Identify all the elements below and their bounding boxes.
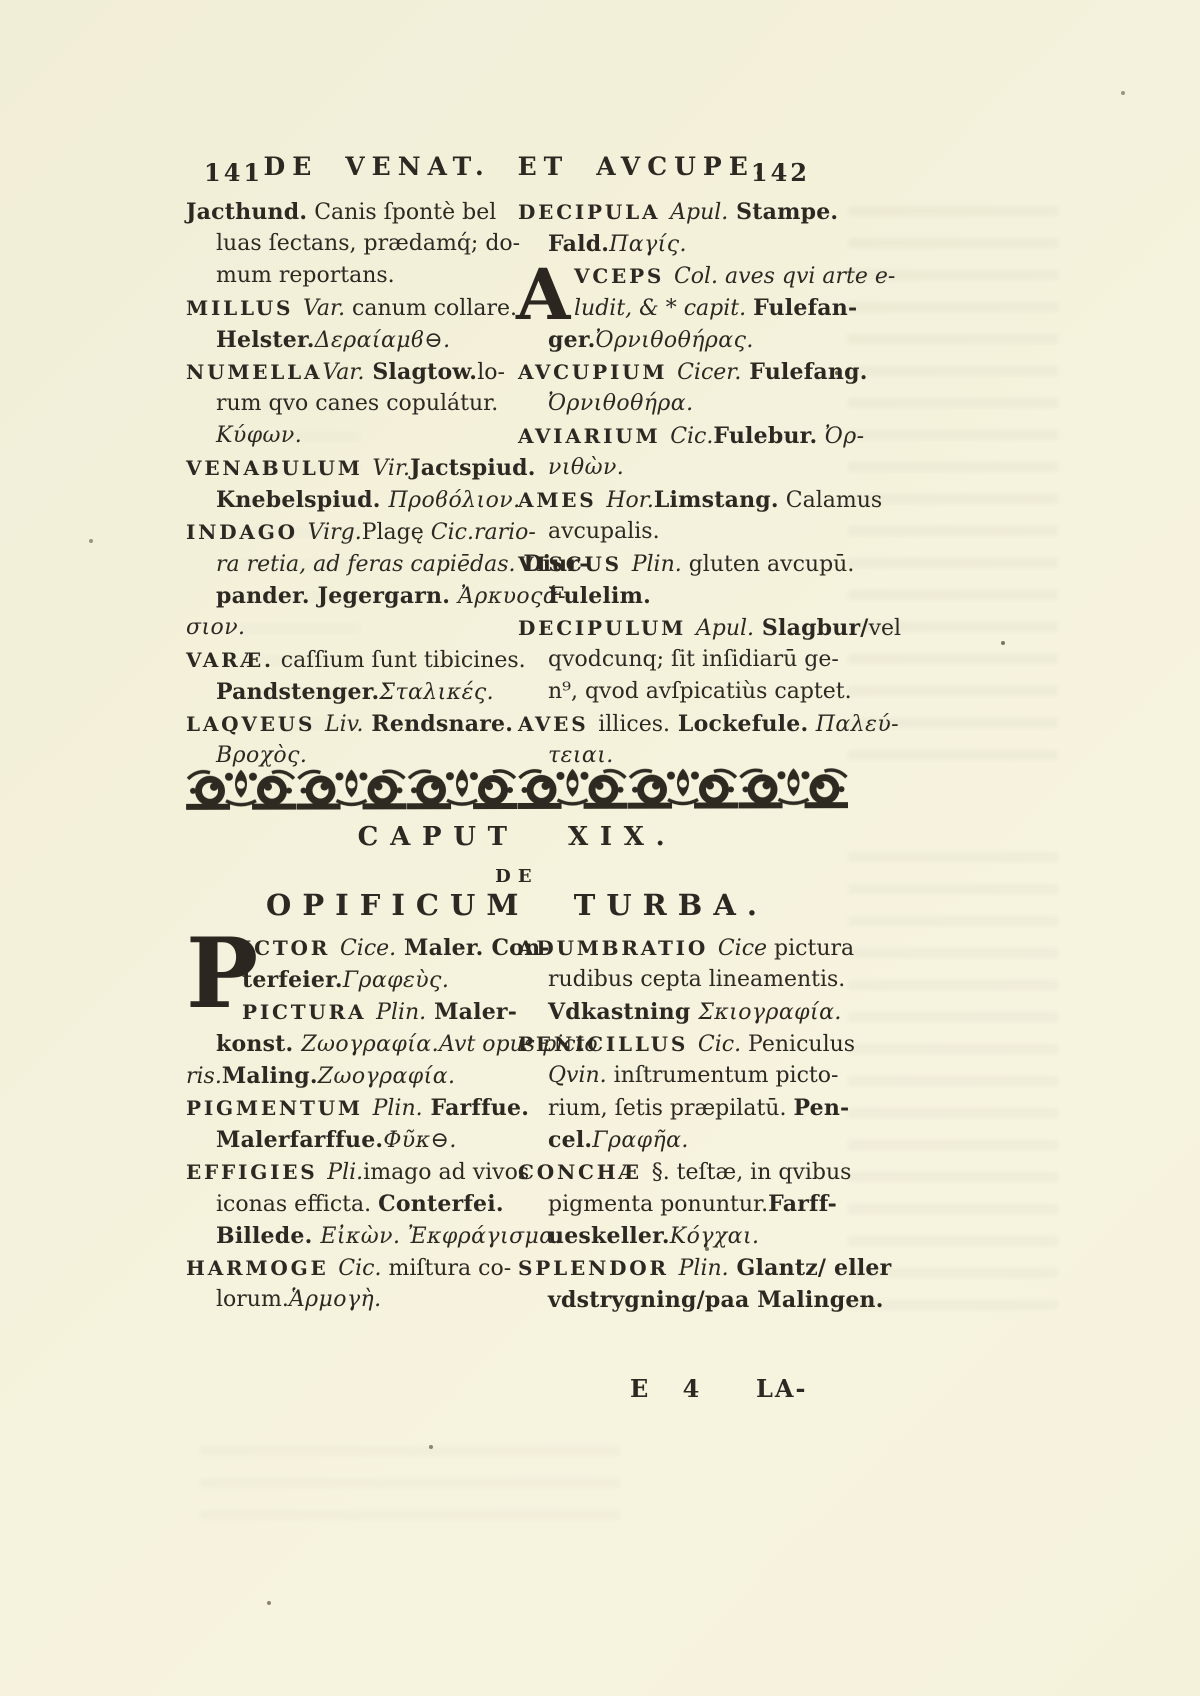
text-segment-rom: miſtura co- xyxy=(381,1256,511,1281)
text-segment-rom: pictura xyxy=(767,936,854,961)
text-segment-ital: Apul. xyxy=(696,616,754,641)
entry-line: rum qvo canes copulátur. xyxy=(186,388,516,420)
entry-line: rudibus cepta lineamentis. xyxy=(518,964,848,996)
text-segment-lemma: PENICILLUS xyxy=(518,1032,698,1056)
text-segment-rom: Calamus xyxy=(779,488,882,513)
text-segment-lemma: PICTURA xyxy=(242,1000,376,1024)
entry-line: DECIPULA Apul. Stampe. xyxy=(518,196,848,228)
text-segment-frak: Slagbur/ xyxy=(754,615,869,641)
text-segment-frak: Jacthund. xyxy=(186,199,307,225)
dictionary-entry: DECIPULUM Apul. Slagbur/velqvodcunq; ſit… xyxy=(518,612,848,708)
entry-line: LAQVEUS Liv. Rendsnare. xyxy=(186,708,516,740)
entry-line: MILLUS Var. canum collare. xyxy=(186,292,516,324)
entry-line: ra retia, ad feras capiēdas. Diur- xyxy=(186,548,516,580)
text-segment-ital: Cic. xyxy=(431,520,474,545)
text-segment-greek: Σταλικές. xyxy=(379,680,494,705)
text-segment-greek: Φῦκ⊖. xyxy=(383,1128,456,1153)
text-segment-greek: Παγίς. xyxy=(609,232,687,257)
text-segment-rom: Plagę xyxy=(362,520,431,545)
text-segment-lemma: AVCUPIUM xyxy=(518,360,677,384)
entry-line: lorum.Ἁρμογὴ. xyxy=(186,1284,516,1316)
text-segment-ital: Cic. xyxy=(338,1256,381,1281)
text-segment-greek: Ἁρμογὴ. xyxy=(289,1287,382,1312)
text-segment-greek: Προϐόλιον. xyxy=(389,488,521,513)
text-segment-rom: rudibus cepta lineamentis. xyxy=(548,967,845,992)
text-segment-greek: τειαι. xyxy=(548,743,614,768)
text-segment-rom: vel xyxy=(869,616,901,641)
text-segment-lemma: VCEPS xyxy=(574,264,674,288)
dictionary-column-left: Jacthund. Canis ſpontè belluas ſectans, … xyxy=(186,196,516,772)
entry-line: σιον. xyxy=(186,612,516,644)
text-segment-frak: Farffue. xyxy=(423,1095,529,1121)
entry-line: mum reportans. xyxy=(186,260,516,292)
text-segment-rom: avcupalis. xyxy=(548,519,660,544)
entry-line: PICTURA Plin. Maler- xyxy=(186,996,516,1028)
text-segment-greek: Παλεύ- xyxy=(808,712,899,737)
entry-line: SPLENDOR Plin. Glantz/ eller xyxy=(518,1252,848,1284)
text-segment-greek: Βροχὸς. xyxy=(216,743,307,768)
text-segment-frak: Malerfarffue. xyxy=(216,1127,383,1153)
text-segment-frak: Maling. xyxy=(222,1063,318,1089)
dictionary-entry: HARMOGE Cic. miſtura co-lorum.Ἁρμογὴ. xyxy=(186,1252,516,1316)
text-segment-rom: illices. xyxy=(598,712,670,737)
text-segment-ital: Plin. xyxy=(632,552,682,577)
text-segment-lemma: MILLUS xyxy=(186,296,303,320)
dictionary-entry: MILLUS Var. canum collare.Helster.Δεραία… xyxy=(186,292,516,356)
dictionary-entry: LAQVEUS Liv. Rendsnare.Βροχὸς. xyxy=(186,708,516,772)
signature-mark: E 4 xyxy=(630,1374,699,1403)
text-segment-frak: Farff- xyxy=(768,1191,837,1217)
ornament-band xyxy=(186,765,848,813)
text-segment-lemma: AVES xyxy=(518,712,598,736)
text-segment-greek: Ὀρνιθοθήρα. xyxy=(548,391,694,416)
text-segment-ital: Cic. xyxy=(698,1032,741,1057)
entry-line: Qvin. inſtrumentum picto- xyxy=(518,1060,848,1092)
dictionary-entry: PIGMENTUM Plin. Farffue.Malerfarffue.Φῦκ… xyxy=(186,1092,516,1156)
text-segment-frak: cel. xyxy=(548,1127,592,1153)
text-segment-lemma: DECIPULUM xyxy=(518,616,696,640)
text-segment-rom: §. teſtæ, in qvibus xyxy=(652,1160,852,1185)
text-segment-frak: Knebelspiud. xyxy=(216,487,389,513)
text-segment-lemma: VISCUS xyxy=(518,552,632,576)
dictionary-entry: VENABULUM Vir.Jactspiud.Knebelspiud. Προ… xyxy=(186,452,516,516)
text-segment-ital: Plin. xyxy=(679,1256,729,1281)
text-segment-rom: inſtrumentum picto- xyxy=(607,1063,839,1088)
entry-line: Knebelspiud. Προϐόλιον. xyxy=(186,484,516,516)
entry-line: Vdkastning Σκιογραφία. xyxy=(518,996,848,1028)
entry-line: cel.Γραφῆα. xyxy=(518,1124,848,1156)
bleedthrough-smudge xyxy=(848,840,1058,1310)
text-segment-rom: lorum. xyxy=(216,1287,289,1312)
chapter-de: DE xyxy=(186,866,848,887)
text-segment-rom: Peniculus xyxy=(741,1032,855,1057)
text-segment-ital: ra retia, ad feras capiēdas. xyxy=(216,552,515,577)
floral-woodcut-band-icon xyxy=(186,765,848,813)
chapter-number: CAPUT XIX. xyxy=(186,822,848,852)
entry-line: avcupalis. xyxy=(518,516,848,548)
entry-line: pigmenta ponuntur.Farff- xyxy=(518,1188,848,1220)
text-segment-frak: Fulelim. xyxy=(548,583,651,609)
text-segment-rom: imago ad vivos xyxy=(363,1160,529,1185)
section-venatus: Jacthund. Canis ſpontè belluas ſectans, … xyxy=(186,196,848,772)
dictionary-entry: INDAGO Virg.Plagę Cic.rario-ra retia, ad… xyxy=(186,516,516,644)
text-segment-greek: νιθὼν. xyxy=(548,455,624,480)
text-segment-frak: Slagtow. xyxy=(364,359,477,385)
dictionary-entry: PICTURA Plin. Maler-konst. Ζωογραφία.Avt… xyxy=(186,996,516,1092)
text-segment-rom: qvodcunq; ſit inſidiarū ge- xyxy=(548,647,839,672)
text-segment-lemma: AMES xyxy=(518,488,606,512)
text-segment-ital: Plin. xyxy=(373,1096,423,1121)
dictionary-entry: VARÆ. caſſium ſunt tibicines.Pandstenger… xyxy=(186,644,516,708)
entry-line: Helster.Δεραίαμϐ⊖. xyxy=(186,324,516,356)
entry-line: pander. Jegergarn. Ἀρκυοςά- xyxy=(186,580,516,612)
entry-line: VISCUS Plin. gluten avcupū. xyxy=(518,548,848,580)
text-segment-frak: Pandstenger. xyxy=(216,679,379,705)
entry-line: Κύφων. xyxy=(186,420,516,452)
chapter-title: OPIFICUM TURBA. xyxy=(186,888,848,922)
catchword: LA- xyxy=(756,1374,807,1403)
paper-speckles xyxy=(0,0,2,2)
dictionary-entry: PENICILLUS Cic. PeniculusQvin. inſtrumen… xyxy=(518,1028,848,1156)
dictionary-entry: AVCUPIUM Cicer. Fulefang.Ὀρνιθοθήρα. xyxy=(518,356,848,420)
text-segment-ital: ludit, & * capit. xyxy=(574,296,753,321)
text-segment-frak: Fulebur. xyxy=(713,423,817,449)
text-segment-ital: Virg. xyxy=(308,520,362,545)
text-segment-ital: Apul. xyxy=(670,200,728,225)
dictionary-column-right: ADUMBRATIO Cice picturarudibus cepta lin… xyxy=(518,932,848,1316)
text-segment-lemma: INDAGO xyxy=(186,520,308,544)
text-segment-rom: luas ſectans, prædamq́; do- xyxy=(216,231,520,256)
dictionary-entry: ADUMBRATIO Cice picturarudibus cepta lin… xyxy=(518,932,848,1028)
text-segment-ital: Plin. xyxy=(376,1000,426,1025)
entry-line: rium, ſetis præpilatū. Pen- xyxy=(518,1092,848,1124)
entry-line: VENABULUM Vir.Jactspiud. xyxy=(186,452,516,484)
page-number-right: 142 xyxy=(751,158,810,187)
text-segment-lemma: EFFIGIES xyxy=(186,1160,327,1184)
text-segment-frak: Fulefang. xyxy=(741,359,867,385)
entry-line: luas ſectans, prædamq́; do- xyxy=(186,228,516,260)
entry-line: PENICILLUS Cic. Peniculus xyxy=(518,1028,848,1060)
dictionary-entry: AVES illices. Lockefule. Παλεύ-τειαι. xyxy=(518,708,848,772)
entry-line: Pandstenger.Σταλικές. xyxy=(186,676,516,708)
text-segment-frak: vdstrygning/paa Malingen. xyxy=(548,1287,884,1313)
entry-line: ADUMBRATIO Cice pictura xyxy=(518,932,848,964)
text-segment-ital: Var. xyxy=(322,360,364,385)
text-segment-ital: Hor. xyxy=(606,488,654,513)
text-segment-lemma: NUMELLA xyxy=(186,360,322,384)
text-segment-rom: n⁹, qvod avſpicatiùs captet. xyxy=(548,679,852,704)
text-segment-greek: Σκιογραφία. xyxy=(698,1000,842,1025)
text-segment-rom: mum reportans. xyxy=(216,263,395,288)
entry-line: CONCHÆ §. teſtæ, in qvibus xyxy=(518,1156,848,1188)
text-segment-lemma: VENABULUM xyxy=(186,456,372,480)
text-segment-greek: σιον. xyxy=(186,615,245,640)
text-segment-greek: Ζωογραφία. xyxy=(301,1032,439,1057)
entry-line: AVIARIUM Cic.Fulebur. Ὀρ- xyxy=(518,420,848,452)
text-segment-greek: Ὀρνιθοθήρας. xyxy=(596,328,754,353)
dictionary-entry: NUMELLAVar. Slagtow.lo-rum qvo canes cop… xyxy=(186,356,516,452)
entry-line: Billede. Εἰκὼν. Ἐκφράγισμα. xyxy=(186,1220,516,1252)
text-segment-frak: ueskeller. xyxy=(548,1223,670,1249)
text-segment-ital: Col. aves qvi arte e- xyxy=(674,264,895,289)
text-segment-frak: konst. xyxy=(216,1031,301,1057)
dictionary-entry: SPLENDOR Plin. Glantz/ ellervdstrygning/… xyxy=(518,1252,848,1316)
dictionary-entry: Jacthund. Canis ſpontè belluas ſectans, … xyxy=(186,196,516,292)
text-segment-lemma: ADUMBRATIO xyxy=(518,936,718,960)
text-segment-rom: lo- xyxy=(477,360,505,385)
entry-line: n⁹, qvod avſpicatiùs captet. xyxy=(518,676,848,708)
text-segment-frak: Jactspiud. xyxy=(410,455,536,481)
text-segment-lemma: LAQVEUS xyxy=(186,712,325,736)
text-segment-lemma: SPLENDOR xyxy=(518,1256,679,1280)
text-segment-lemma: VARÆ. xyxy=(186,648,274,672)
text-segment-frak: Rendsnare. xyxy=(363,711,513,737)
text-segment-rom: canum collare. xyxy=(345,296,517,321)
entry-line: HARMOGE Cic. miſtura co- xyxy=(186,1252,516,1284)
text-segment-rom: rum qvo canes copulátur. xyxy=(216,391,498,416)
text-segment-frak: Conterfei. xyxy=(378,1191,504,1217)
text-segment-greek: Ζωογραφία. xyxy=(318,1064,456,1089)
text-segment-rom: Canis ſpontè bel xyxy=(307,200,496,225)
text-segment-frak: pander. Jegergarn. xyxy=(216,583,458,609)
entry-line: Ὀρνιθοθήρα. xyxy=(518,388,848,420)
text-segment-greek: Γραφεὺς. xyxy=(343,968,449,993)
text-segment-ital: Cic. xyxy=(670,424,713,449)
dictionary-entry: PICTOR Cice. Maler. Con-terfeier.Γραφεὺς… xyxy=(186,932,516,996)
text-segment-ital: Qvin. xyxy=(548,1063,607,1088)
entry-line: EFFIGIES Pli.imago ad vivos xyxy=(186,1156,516,1188)
dictionary-entry: CONCHÆ §. teſtæ, in qvibuspigmenta ponun… xyxy=(518,1156,848,1252)
text-segment-greek: Κόγχαι. xyxy=(670,1224,760,1249)
entry-line: DECIPULUM Apul. Slagbur/vel xyxy=(518,612,848,644)
text-segment-rom: pigmenta ponuntur. xyxy=(548,1192,768,1217)
page-footer: E 4 LA- xyxy=(186,1374,848,1410)
section-opificum: PICTOR Cice. Maler. Con-terfeier.Γραφεὺς… xyxy=(186,932,848,1316)
text-segment-lemma: HARMOGE xyxy=(186,1256,338,1280)
dictionary-column-left: PICTOR Cice. Maler. Con-terfeier.Γραφεὺς… xyxy=(186,932,516,1316)
text-segment-lemma: DECIPULA xyxy=(518,200,670,224)
dictionary-entry: AVCEPS Col. aves qvi arte e-ludit, & * c… xyxy=(518,260,848,356)
text-segment-rom: rium, ſetis præpilatū. xyxy=(548,1096,793,1121)
dictionary-entry: DECIPULA Apul. Stampe.Fald.Παγίς. xyxy=(518,196,848,260)
text-segment-frak: Billede. xyxy=(216,1223,320,1249)
entry-line: iconas efficta. Conterfei. xyxy=(186,1188,516,1220)
entry-line: ris.Maling.Ζωογραφία. xyxy=(186,1060,516,1092)
text-segment-ital: ris. xyxy=(186,1064,222,1089)
text-segment-frak: Fulefan- xyxy=(753,295,857,321)
text-segment-greek: Γραφῆα. xyxy=(592,1128,689,1153)
text-segment-frak: Glantz/ eller xyxy=(729,1255,892,1281)
entry-line: ueskeller.Κόγχαι. xyxy=(518,1220,848,1252)
dictionary-entry: EFFIGIES Pli.imago ad vivosiconas effict… xyxy=(186,1156,516,1252)
text-segment-lemma: CONCHÆ xyxy=(518,1160,652,1184)
entry-line: PIGMENTUM Plin. Farffue. xyxy=(186,1092,516,1124)
text-segment-greek: Ὀρ- xyxy=(817,424,864,449)
entry-line: NUMELLAVar. Slagtow.lo- xyxy=(186,356,516,388)
text-segment-greek: Κύφων. xyxy=(216,423,302,448)
text-segment-frak: Pen- xyxy=(793,1095,849,1121)
text-segment-greek: Δεραίαμϐ⊖. xyxy=(315,328,451,353)
text-segment-ital: Cice xyxy=(718,936,767,961)
text-segment-ital: Liv. xyxy=(325,712,363,737)
entry-line: vdstrygning/paa Malingen. xyxy=(518,1284,848,1316)
entry-line: INDAGO Virg.Plagę Cic.rario- xyxy=(186,516,516,548)
entry-line: VARÆ. caſſium ſunt tibicines. xyxy=(186,644,516,676)
text-segment-rom: caſſium ſunt tibicines. xyxy=(274,648,526,673)
text-segment-lemma: AVIARIUM xyxy=(518,424,670,448)
running-head: 141 DE VENAT. ET AVCUPE. 142 xyxy=(186,152,848,192)
entry-line: AVCUPIUM Cicer. Fulefang. xyxy=(518,356,848,388)
text-segment-ital: Pli. xyxy=(327,1160,363,1185)
entry-line: AVES illices. Lockefule. Παλεύ- xyxy=(518,708,848,740)
entry-line: Malerfarffue.Φῦκ⊖. xyxy=(186,1124,516,1156)
text-segment-frak: Maler- xyxy=(426,999,517,1025)
book-page-scan: 141 DE VENAT. ET AVCUPE. 142 Jacthund. C… xyxy=(0,0,1200,1696)
entry-line: Fulelim. xyxy=(518,580,848,612)
running-title: DE VENAT. ET AVCUPE. xyxy=(186,152,848,181)
text-segment-frak: Limstang. xyxy=(654,487,779,513)
bleedthrough-smudge xyxy=(200,1430,620,1520)
dictionary-column-right: DECIPULA Apul. Stampe.Fald.Παγίς.AVCEPS … xyxy=(518,196,848,772)
text-segment-ital: Var. xyxy=(303,296,345,321)
dictionary-entry: AVIARIUM Cic.Fulebur. Ὀρ-νιθὼν. xyxy=(518,420,848,484)
text-segment-rom: gluten avcupū. xyxy=(682,552,855,577)
dictionary-entry: AMES Hor.Limstang. Calamusavcupalis. xyxy=(518,484,848,548)
text-segment-frak: Stampe. xyxy=(728,199,838,225)
text-segment-frak: Lockefule. xyxy=(670,711,808,737)
entry-line: AMES Hor.Limstang. Calamus xyxy=(518,484,848,516)
dictionary-entry: VISCUS Plin. gluten avcupū.Fulelim. xyxy=(518,548,848,612)
drop-cap: A xyxy=(516,264,570,326)
text-segment-frak: Helster. xyxy=(216,327,315,353)
text-segment-ital: Cicer. xyxy=(677,360,741,385)
text-segment-ital: Cice. xyxy=(340,936,396,961)
text-segment-ital: Vir. xyxy=(372,456,410,481)
text-segment-frak: Vdkastning xyxy=(548,999,698,1025)
text-segment-lemma: PIGMENTUM xyxy=(186,1096,373,1120)
entry-line: qvodcunq; ſit inſidiarū ge- xyxy=(518,644,848,676)
entry-line: νιθὼν. xyxy=(518,452,848,484)
text-segment-rom: iconas efficta. xyxy=(216,1192,378,1217)
entry-line: Jacthund. Canis ſpontè bel xyxy=(186,196,516,228)
entry-line: konst. Ζωογραφία.Avt opus picto xyxy=(186,1028,516,1060)
page-number-left: 141 xyxy=(204,158,263,187)
